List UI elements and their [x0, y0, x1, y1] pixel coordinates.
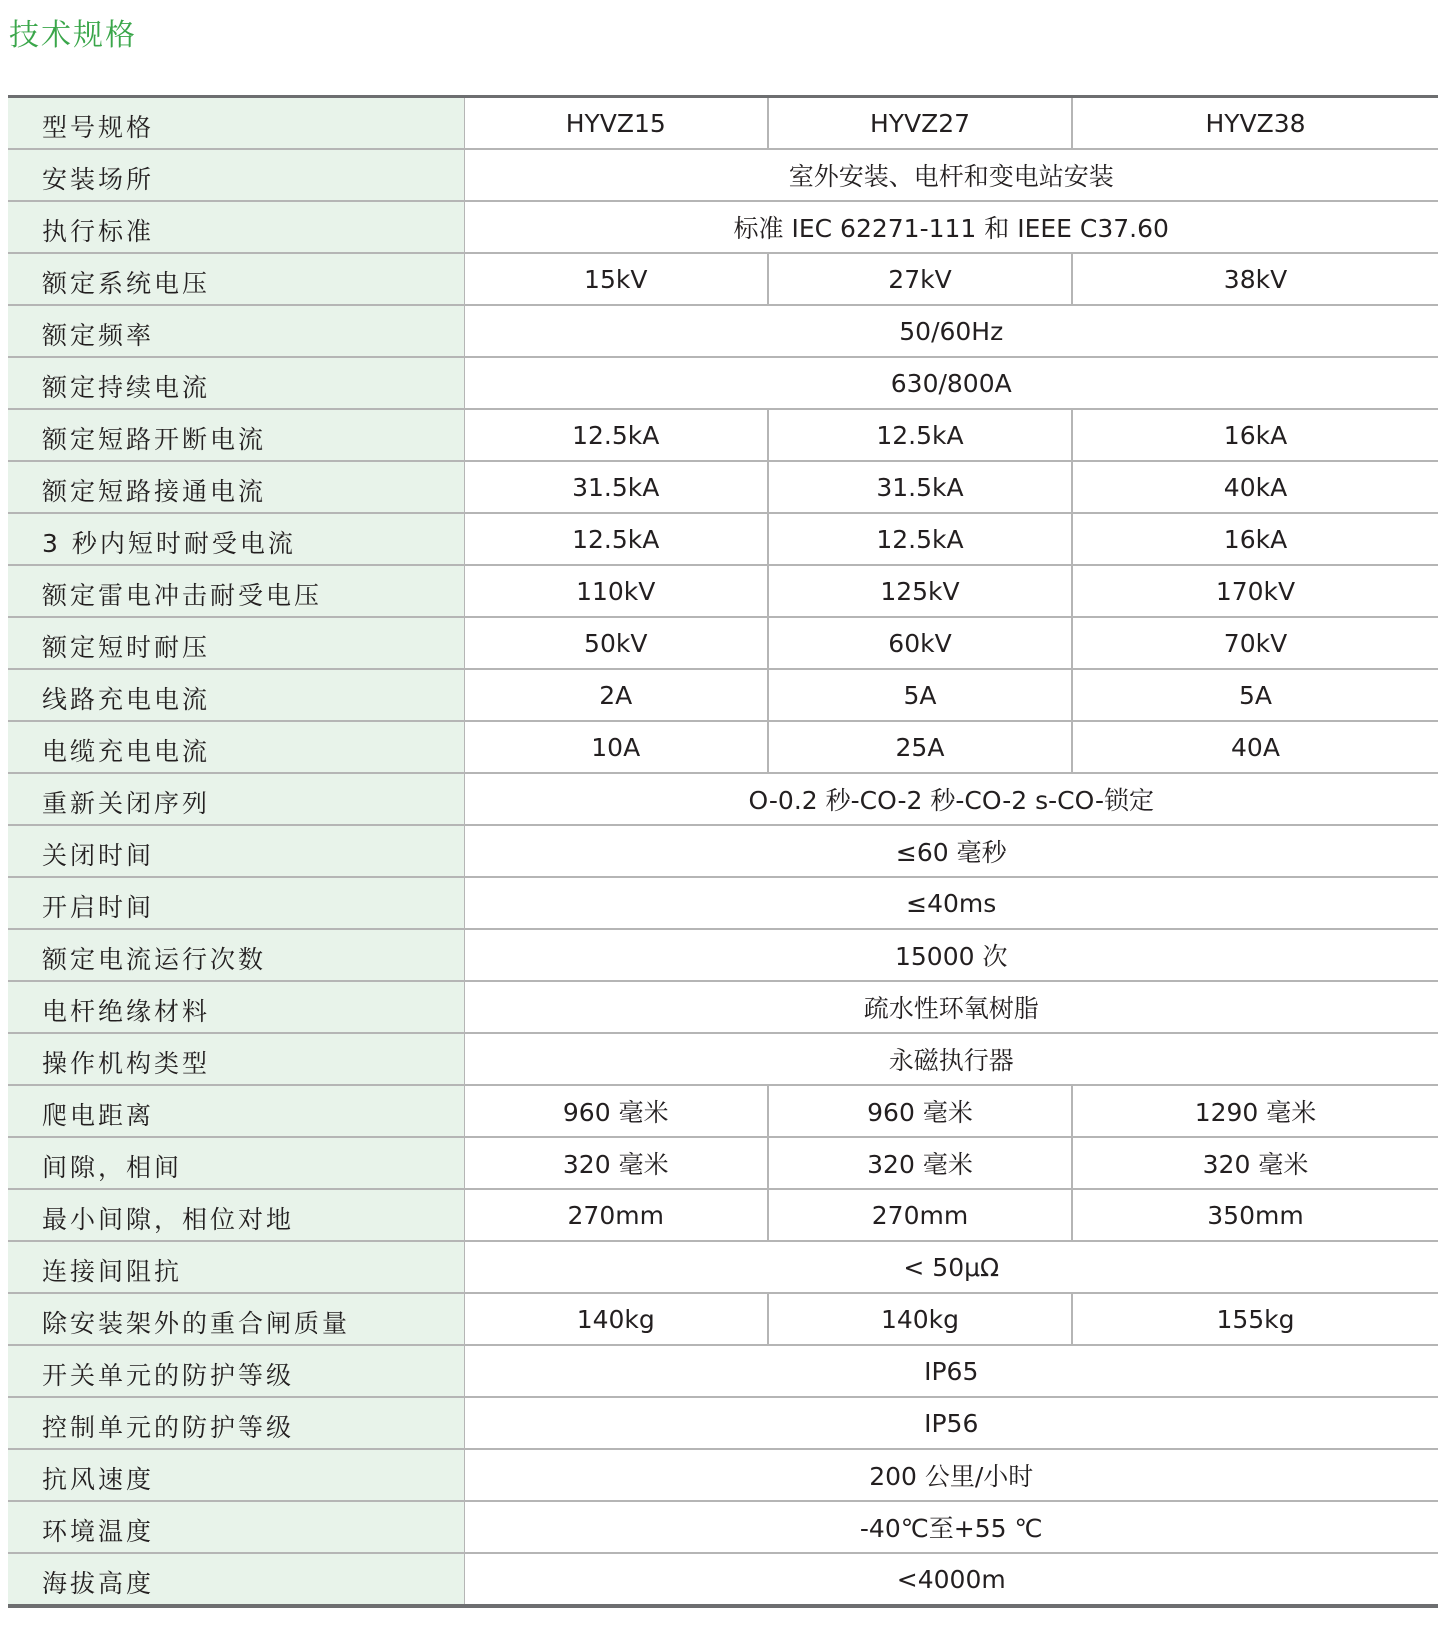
table-row: 间隙，相间320 毫米320 毫米320 毫米: [8, 1137, 1438, 1189]
row-label: 额定持续电流: [8, 357, 464, 409]
row-label: 额定短时耐压: [8, 617, 464, 669]
row-value: 155kg: [1072, 1293, 1438, 1345]
row-value: 320 毫米: [1072, 1137, 1438, 1189]
row-value: 12.5kA: [768, 513, 1072, 565]
row-value: 31.5kA: [464, 461, 768, 513]
row-label: 操作机构类型: [8, 1033, 464, 1085]
row-value: 630/800A: [464, 357, 1438, 409]
row-value: 170kV: [1072, 565, 1438, 617]
row-value: 50kV: [464, 617, 768, 669]
row-label: 爬电距离: [8, 1085, 464, 1137]
table-row: 电杆绝缘材料疏水性环氧树脂: [8, 981, 1438, 1033]
row-label: 安装场所: [8, 149, 464, 201]
row-label: 间隙，相间: [8, 1137, 464, 1189]
row-value: 12.5kA: [464, 409, 768, 461]
row-label: 除安装架外的重合闸质量: [8, 1293, 464, 1345]
table-row: 重新关闭序列O-0.2 秒-CO-2 秒-CO-2 s-CO-锁定: [8, 773, 1438, 825]
row-value: 31.5kA: [768, 461, 1072, 513]
row-value: 125kV: [768, 565, 1072, 617]
row-value: < 50μΩ: [464, 1241, 1438, 1293]
table-row: 操作机构类型永磁执行器: [8, 1033, 1438, 1085]
row-value: IP65: [464, 1345, 1438, 1397]
row-value: 960 毫米: [464, 1085, 768, 1137]
row-value: 70kV: [1072, 617, 1438, 669]
row-value: 38kV: [1072, 253, 1438, 305]
row-value: 25A: [768, 721, 1072, 773]
row-label: 抗风速度: [8, 1449, 464, 1501]
row-value: 15kV: [464, 253, 768, 305]
spec-table: 型号规格HYVZ15HYVZ27HYVZ38安装场所室外安装、电杆和变电站安装执…: [8, 95, 1438, 1608]
row-value: 110kV: [464, 565, 768, 617]
row-value: 40kA: [1072, 461, 1438, 513]
table-row: 额定频率50/60Hz: [8, 305, 1438, 357]
row-value: 140kg: [768, 1293, 1072, 1345]
table-row: 额定持续电流630/800A: [8, 357, 1438, 409]
page-title: 技术规格: [9, 10, 137, 54]
row-label: 执行标准: [8, 201, 464, 253]
row-value: 320 毫米: [464, 1137, 768, 1189]
row-value: 10A: [464, 721, 768, 773]
row-value: 270mm: [768, 1189, 1072, 1241]
row-value: 标准 IEC 62271-111 和 IEEE C37.60: [464, 201, 1438, 253]
table-row: 额定电流运行次数15000 次: [8, 929, 1438, 981]
table-row: 除安装架外的重合闸质量140kg140kg155kg: [8, 1293, 1438, 1345]
row-value: <4000m: [464, 1553, 1438, 1606]
table-row: 最小间隙，相位对地270mm270mm350mm: [8, 1189, 1438, 1241]
row-label: 开关单元的防护等级: [8, 1345, 464, 1397]
row-label: 海拔高度: [8, 1553, 464, 1606]
table-row: 开关单元的防护等级IP65: [8, 1345, 1438, 1397]
table-row: 额定短路开断电流12.5kA12.5kA16kA: [8, 409, 1438, 461]
row-label: 额定频率: [8, 305, 464, 357]
table-row: 海拔高度<4000m: [8, 1553, 1438, 1606]
row-value: -40℃至+55 ℃: [464, 1501, 1438, 1553]
row-value: 2A: [464, 669, 768, 721]
row-label: 关闭时间: [8, 825, 464, 877]
table-row: 额定短路接通电流31.5kA31.5kA40kA: [8, 461, 1438, 513]
row-label: 3 秒内短时耐受电流: [8, 513, 464, 565]
row-value: 350mm: [1072, 1189, 1438, 1241]
table-row: 开启时间≤40ms: [8, 877, 1438, 929]
row-label: 控制单元的防护等级: [8, 1397, 464, 1449]
table-row: 型号规格HYVZ15HYVZ27HYVZ38: [8, 97, 1438, 150]
table-row: 抗风速度200 公里/小时: [8, 1449, 1438, 1501]
row-value: 40A: [1072, 721, 1438, 773]
row-value: 永磁执行器: [464, 1033, 1438, 1085]
row-label: 连接间阻抗: [8, 1241, 464, 1293]
row-value: 15000 次: [464, 929, 1438, 981]
row-value: 140kg: [464, 1293, 768, 1345]
row-label: 型号规格: [8, 97, 464, 150]
row-value: 60kV: [768, 617, 1072, 669]
row-value: 270mm: [464, 1189, 768, 1241]
row-value: 5A: [768, 669, 1072, 721]
row-value: HYVZ38: [1072, 97, 1438, 150]
row-value: 5A: [1072, 669, 1438, 721]
table-row: 连接间阻抗< 50μΩ: [8, 1241, 1438, 1293]
row-label: 电杆绝缘材料: [8, 981, 464, 1033]
row-label: 重新关闭序列: [8, 773, 464, 825]
row-value: ≤60 毫秒: [464, 825, 1438, 877]
table-row: 额定短时耐压50kV60kV70kV: [8, 617, 1438, 669]
row-value: 960 毫米: [768, 1085, 1072, 1137]
row-value: 16kA: [1072, 513, 1438, 565]
row-label: 开启时间: [8, 877, 464, 929]
table-row: 环境温度-40℃至+55 ℃: [8, 1501, 1438, 1553]
row-value: 1290 毫米: [1072, 1085, 1438, 1137]
row-value: 200 公里/小时: [464, 1449, 1438, 1501]
row-value: 疏水性环氧树脂: [464, 981, 1438, 1033]
row-label: 额定雷电冲击耐受电压: [8, 565, 464, 617]
table-row: 额定系统电压15kV27kV38kV: [8, 253, 1438, 305]
row-value: 12.5kA: [464, 513, 768, 565]
table-row: 线路充电电流2A5A5A: [8, 669, 1438, 721]
row-value: 16kA: [1072, 409, 1438, 461]
table-row: 3 秒内短时耐受电流12.5kA12.5kA16kA: [8, 513, 1438, 565]
row-label: 额定短路开断电流: [8, 409, 464, 461]
row-value: HYVZ27: [768, 97, 1072, 150]
row-label: 线路充电电流: [8, 669, 464, 721]
table-row: 执行标准标准 IEC 62271-111 和 IEEE C37.60: [8, 201, 1438, 253]
row-value: 12.5kA: [768, 409, 1072, 461]
row-value: HYVZ15: [464, 97, 768, 150]
row-label: 额定电流运行次数: [8, 929, 464, 981]
row-label: 额定短路接通电流: [8, 461, 464, 513]
row-label: 额定系统电压: [8, 253, 464, 305]
row-value: IP56: [464, 1397, 1438, 1449]
table-row: 爬电距离960 毫米960 毫米1290 毫米: [8, 1085, 1438, 1137]
row-value: ≤40ms: [464, 877, 1438, 929]
row-value: 320 毫米: [768, 1137, 1072, 1189]
table-row: 安装场所室外安装、电杆和变电站安装: [8, 149, 1438, 201]
row-value: O-0.2 秒-CO-2 秒-CO-2 s-CO-锁定: [464, 773, 1438, 825]
row-value: 室外安装、电杆和变电站安装: [464, 149, 1438, 201]
table-row: 关闭时间≤60 毫秒: [8, 825, 1438, 877]
row-value: 50/60Hz: [464, 305, 1438, 357]
row-label: 电缆充电电流: [8, 721, 464, 773]
row-label: 最小间隙，相位对地: [8, 1189, 464, 1241]
row-value: 27kV: [768, 253, 1072, 305]
table-row: 额定雷电冲击耐受电压110kV125kV170kV: [8, 565, 1438, 617]
table-row: 电缆充电电流10A25A40A: [8, 721, 1438, 773]
table-row: 控制单元的防护等级IP56: [8, 1397, 1438, 1449]
row-label: 环境温度: [8, 1501, 464, 1553]
